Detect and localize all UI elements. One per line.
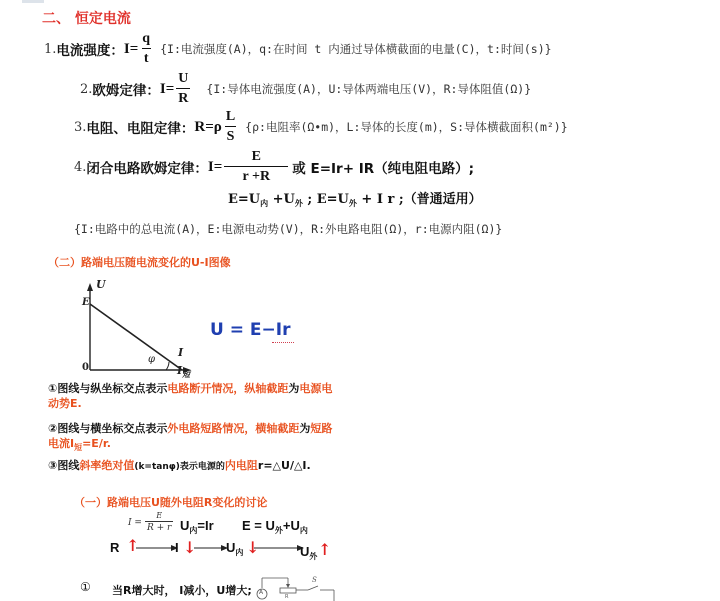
note-highlight: 斜率绝对值 [79, 459, 134, 472]
item-description: {ρ:电阻率(Ω•m)，L:导体的长度(m)，S:导体横截面积(m²)} [245, 119, 567, 135]
axis-x-subscript: 短 [182, 369, 190, 379]
subscript: 外 [295, 198, 303, 208]
switch-label: S [312, 576, 317, 584]
text: + I r ;（普通适用） [357, 192, 482, 207]
note-text: 为 [299, 422, 310, 435]
denominator: R + r [145, 521, 173, 533]
ui-graph [78, 280, 193, 380]
formula-alt: 或 E=Ir+ IR（纯电阻电路）; [292, 157, 474, 177]
ui-equation: U = E−Ir [210, 320, 290, 340]
item-label: 闭合电路欧姆定律： [86, 157, 208, 177]
chain-symbol: R [110, 540, 119, 555]
item-number: 2. [80, 82, 92, 97]
formula-inner-voltage: U内=Ir [180, 518, 214, 536]
fraction: E R + r [145, 512, 173, 533]
item-current-intensity: 1. 电流强度： I= q t {I:电流强度(A)，q:在时间 t 内通过导体… [44, 32, 552, 66]
axis-label-y: U [96, 278, 106, 291]
denominator: t [142, 48, 151, 66]
item-label: 欧姆定律： [92, 79, 160, 99]
note-text: 为 [288, 382, 299, 395]
formula-lhs: R=ρ [194, 119, 221, 136]
denominator: r +R [224, 166, 288, 184]
subscript: 内 [300, 526, 308, 535]
note-text: r=△U/△I. [258, 459, 311, 472]
discussion-title: （一）路端电压U随外电阻R变化的讨论 [74, 494, 267, 510]
subscript: 外 [275, 526, 283, 535]
chain-symbol: U [300, 544, 309, 559]
text: E=U [228, 192, 260, 207]
item-number: 3. [74, 120, 86, 135]
item-closed-circuit-ohms-law: 4. 闭合电路欧姆定律： I= E r +R 或 E=Ir+ IR（纯电阻电路）… [74, 150, 474, 184]
item-4-general-formula: E=U内 +U外 ; E=U外 + I r ;（普通适用） [228, 188, 482, 209]
note-highlight: 外电路短路情况，横轴截距 [167, 422, 299, 435]
formula: I= E r +R [208, 150, 290, 184]
item-description: {I:导体电流强度(A)，U:导体两端电压(V)，R:导体阻值(Ω)} [206, 81, 531, 97]
numerator: U [176, 72, 190, 88]
fraction: U R [176, 72, 190, 106]
note-text: ③图线 [48, 459, 79, 472]
top-scroll-marker [22, 0, 44, 3]
chain-i: I [175, 540, 179, 555]
ammeter-label: A [259, 589, 263, 596]
formula-lhs: I= [208, 159, 222, 176]
item-label: 电流强度： [56, 39, 124, 59]
note-text: ②图线与横坐标交点表示 [48, 422, 167, 435]
chain-u-inner: U内 [226, 540, 243, 558]
arrow-right-icon [194, 544, 228, 552]
line-label-i: I [178, 346, 183, 359]
formula: I= q t [124, 32, 154, 66]
item-description: {I:电路中的总电流(A)，E:电源电动势(V)，R:外电路电阻(Ω)，r:电源… [74, 221, 502, 237]
item-resistance-law: 3. 电阻、电阻定律： R=ρ L S {ρ:电阻率(Ω•m)，L:导体的长度(… [74, 110, 568, 144]
case-1-text: 当R增大时， I减小，U增大; [112, 582, 252, 598]
axis-label-x: I短 [177, 364, 190, 380]
text: +U [268, 192, 295, 207]
fraction: L S [224, 110, 237, 144]
denominator: R [176, 88, 190, 106]
intercept-label-e: E [82, 297, 90, 308]
text: ; E=U [303, 192, 349, 207]
formula: I= U R [160, 72, 193, 106]
circuit-diagram [254, 574, 338, 601]
denominator: S [225, 126, 237, 144]
note-highlight: 电路断开情况，纵轴截距 [167, 382, 288, 395]
item-label: 电阻、电阻定律： [86, 117, 194, 137]
numerator: q [140, 32, 152, 48]
numerator: L [224, 110, 237, 126]
subscript: 外 [309, 552, 317, 561]
text: =Ir [197, 518, 213, 533]
item-number: 4. [74, 160, 86, 175]
numerator: E [156, 512, 162, 521]
formula-lhs: I= [160, 81, 174, 98]
note-subscript: 短 [74, 443, 82, 452]
formula-current: I = E R + r [128, 512, 175, 533]
rheostat-label: R [285, 594, 288, 600]
note-3: ③图线斜率绝对值(k=tanφ)表示电源的内电阻r=△U/△I. [48, 458, 311, 475]
subscript: 内 [260, 198, 268, 208]
case-1-number: ① [80, 580, 91, 594]
chain-r: R [110, 540, 119, 555]
fraction: q t [140, 32, 152, 66]
ui-graph-title: （二）路端电压随电流变化的U-I图像 [48, 254, 231, 270]
arrow-right-icon [254, 544, 304, 552]
section-heading: 二、 恒定电流 [42, 8, 131, 28]
formula-emf-sum: E = U外+U内 [242, 518, 308, 536]
text: +U [283, 518, 300, 533]
note-text: (k=tanφ)表示电源的 [134, 462, 225, 472]
chain-symbol: I [175, 540, 179, 555]
origin-label: 0 [82, 362, 89, 373]
note-highlight: 内电阻 [225, 459, 258, 472]
subscript: 内 [235, 548, 243, 557]
text: E = U [242, 518, 275, 533]
item-description: {I:电流强度(A)，q:在时间 t 内通过导体横截面的电量(C)，t:时间(s… [160, 41, 551, 57]
up-arrow-icon: ↑ [318, 540, 331, 559]
spellcheck-underline [272, 341, 294, 343]
text: U [180, 518, 189, 533]
item-number: 1. [44, 42, 56, 57]
chain-symbol: U [226, 540, 235, 555]
formula-lhs: I = [128, 518, 142, 528]
chain-u-outer: U外 [300, 544, 317, 562]
note-2: ②图线与横坐标交点表示外电路短路情况，横轴截距为短路电流I短=E/r. [48, 421, 338, 455]
fraction: E r +R [224, 150, 288, 184]
note-1: ①图线与纵坐标交点表示电路断开情况，纵轴截距为电源电动势E. [48, 381, 338, 411]
angle-label: φ [148, 354, 155, 365]
formula-lhs: I= [124, 41, 138, 58]
arrow-right-icon [136, 544, 178, 552]
note-highlight: =E/r. [82, 437, 111, 450]
item-ohms-law: 2. 欧姆定律： I= U R {I:导体电流强度(A)，U:导体两端电压(V)… [80, 72, 531, 106]
numerator: E [250, 150, 263, 166]
subscript: 外 [349, 198, 357, 208]
formula: R=ρ L S [194, 110, 239, 144]
note-text: ①图线与纵坐标交点表示 [48, 382, 167, 395]
